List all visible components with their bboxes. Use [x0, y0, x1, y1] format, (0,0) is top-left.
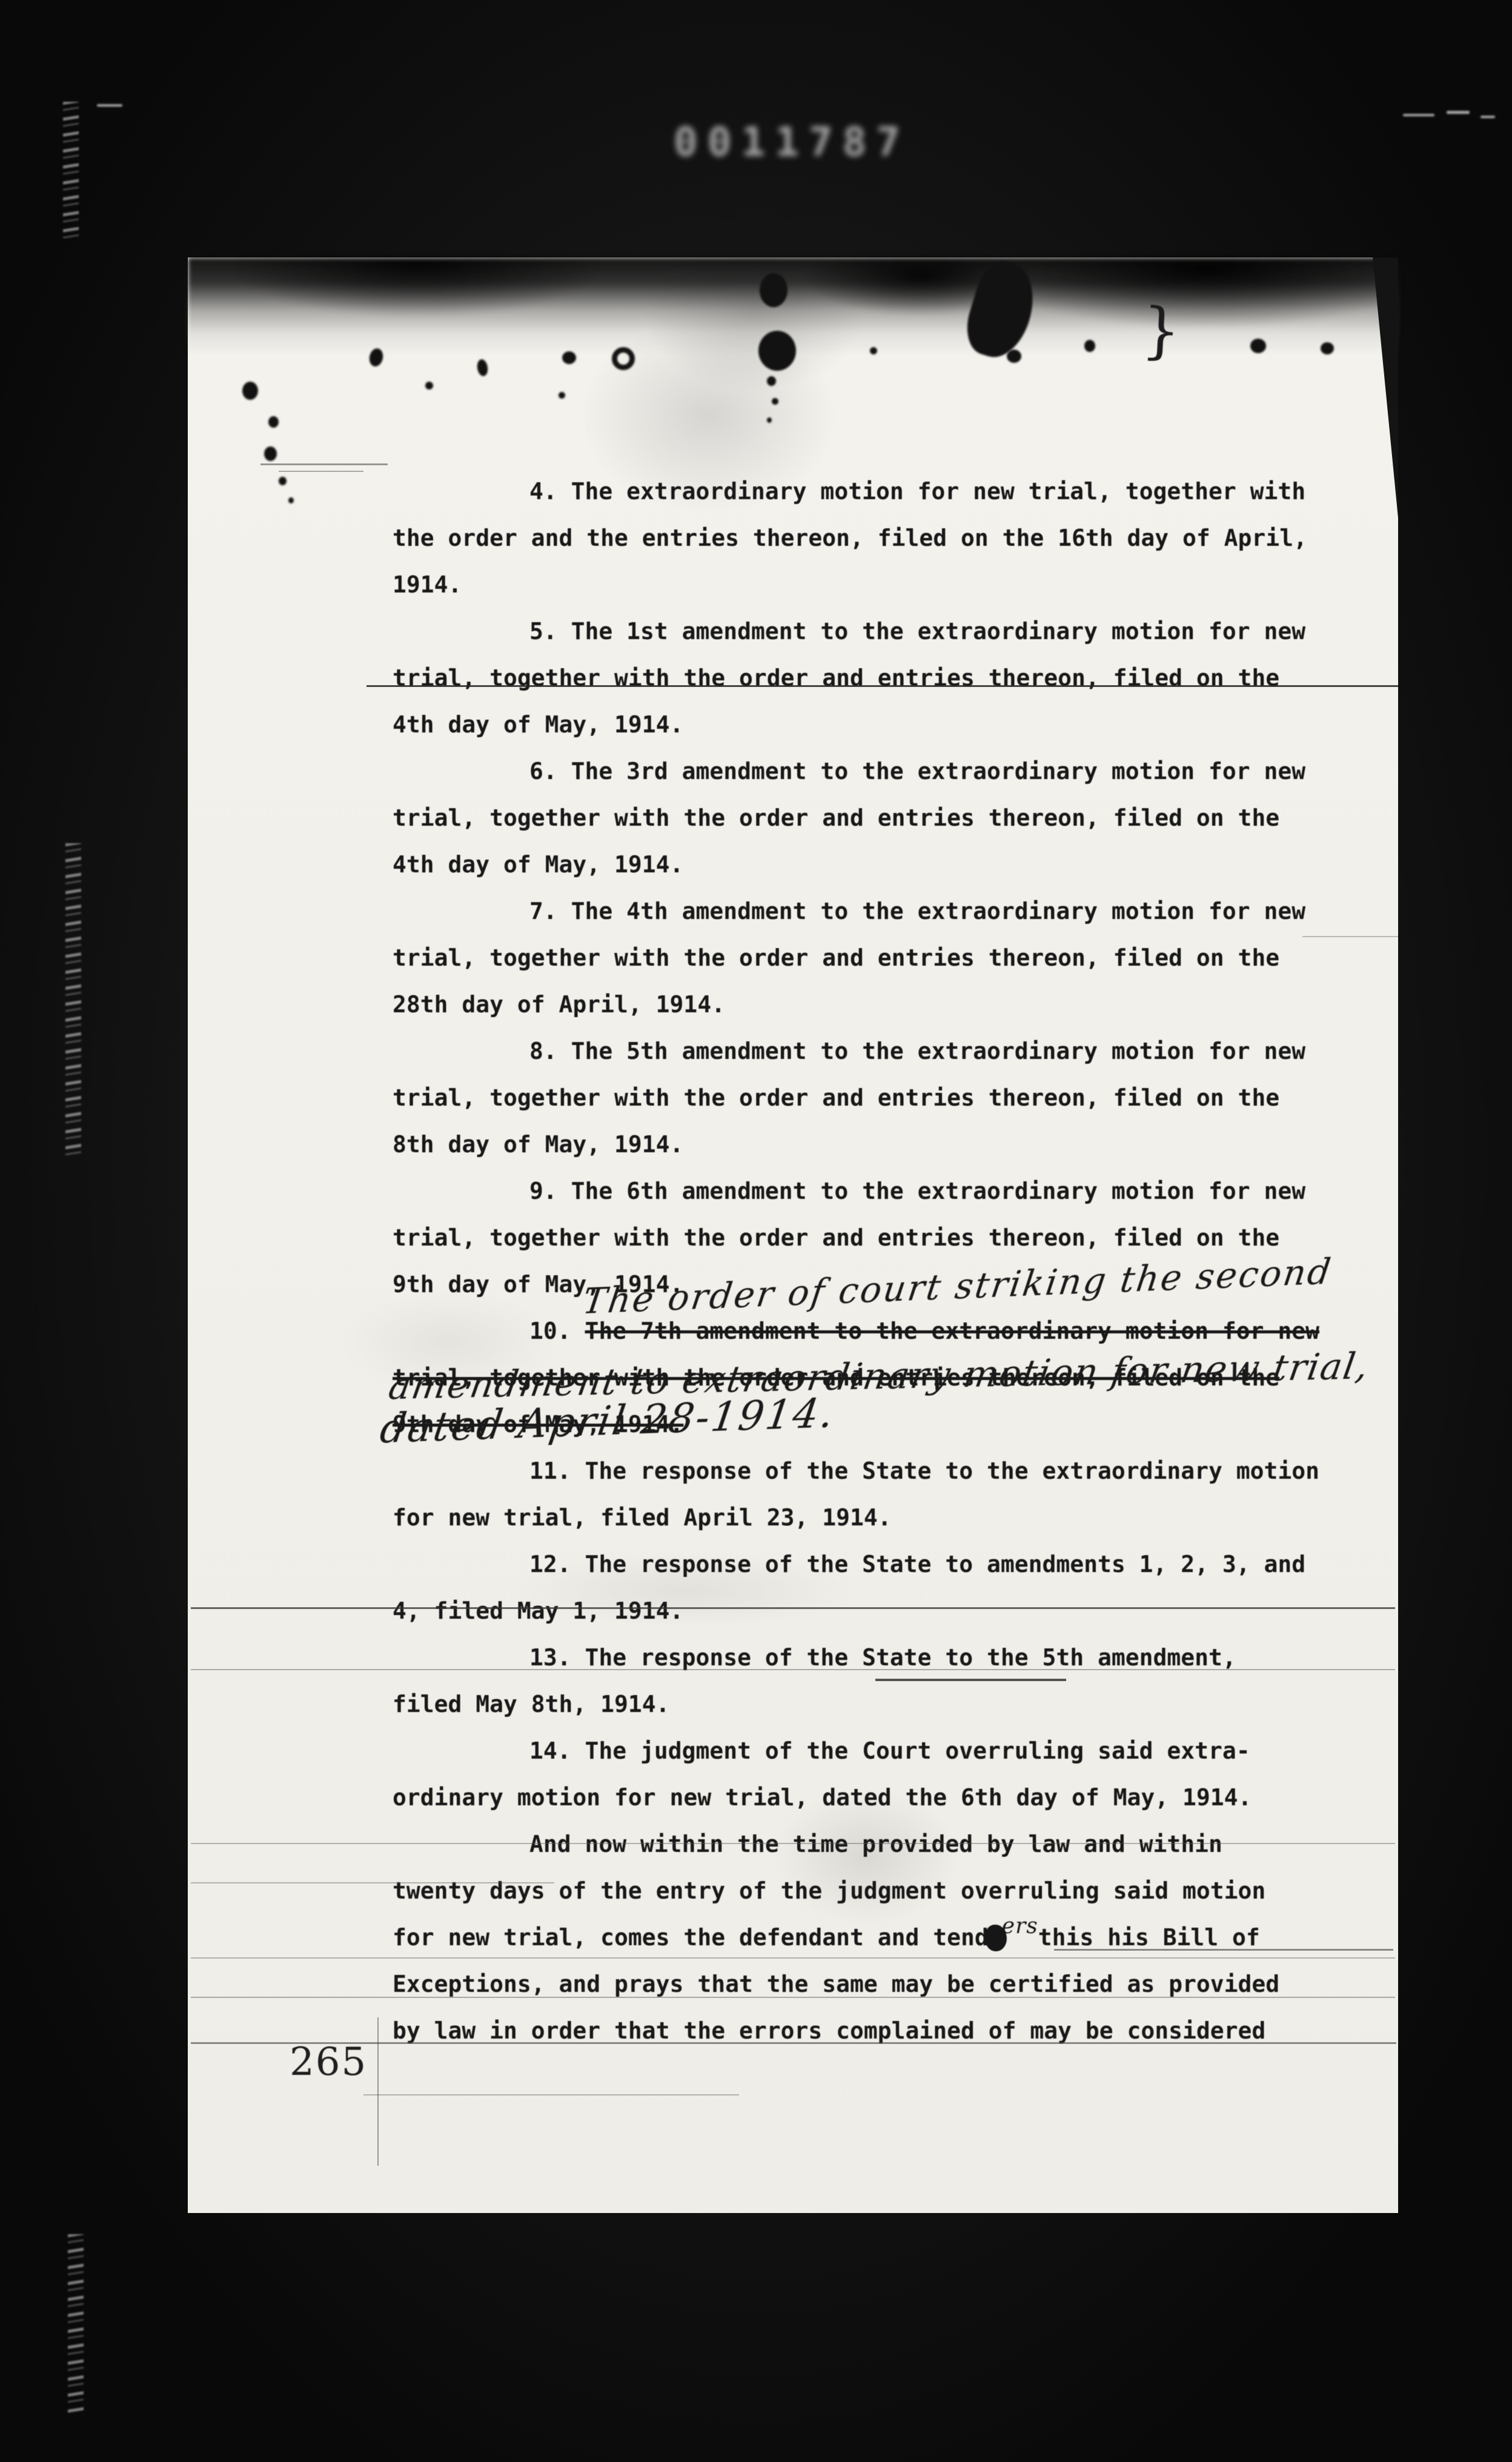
typed-text: 5. The 1st amendment to the extraordinar… [529, 618, 1305, 645]
typed-line: And now within the time provided by law … [393, 1821, 1350, 1868]
typed-text: 11. The response of the State to the ext… [529, 1458, 1319, 1484]
film-scratch [97, 104, 122, 107]
typed-line: 4th day of May, 1914. [393, 702, 1350, 748]
typed-text: 6. The 3rd amendment to the extraordinar… [529, 758, 1305, 785]
typed-text: 7. The 4th amendment to the extraordinar… [529, 898, 1305, 924]
film-scratch [1447, 111, 1470, 114]
typed-line: the order and the entries thereon, filed… [393, 515, 1350, 562]
ink-blot [772, 398, 778, 405]
typed-line: 4. The extraordinary motion for new tria… [393, 468, 1350, 515]
typed-line: for new trial, comes the defendant and t… [393, 1914, 1350, 1961]
typed-text: trial, together with the order and entri… [393, 1084, 1279, 1111]
typed-line: trial, together with the order and entri… [393, 935, 1350, 981]
ink-blot [264, 446, 277, 461]
typed-text: twenty days of the entry of the judgment… [393, 1877, 1265, 1904]
ink-blot [1321, 342, 1334, 354]
typed-text: 4, filed May 1, 1914. [393, 1598, 683, 1624]
ink-blot [242, 382, 258, 400]
typed-text: Exceptions, and prays that the same may … [393, 1971, 1279, 1997]
scan-line [191, 1669, 1395, 1670]
typed-line: 13. The response of the State to the 5th… [393, 1634, 1350, 1681]
typed-line: ordinary motion for new trial, dated the… [393, 1774, 1350, 1821]
scan-line [191, 1607, 1395, 1609]
scan-line [260, 463, 388, 465]
scan-line [1054, 1949, 1393, 1951]
frame-number-stamp: 0011787 [674, 119, 910, 165]
ink-blot [767, 417, 772, 423]
scan-line [191, 1843, 1395, 1844]
typed-line: trial, together with the order and entri… [393, 795, 1350, 841]
typed-line: 12. The response of the State to amendme… [393, 1541, 1350, 1588]
film-scratch [1480, 116, 1495, 118]
ink-blot [1007, 350, 1021, 363]
typed-line: trial, together with the order and entri… [393, 1215, 1350, 1261]
film-scratch [1403, 114, 1434, 116]
typed-line: 14. The judgment of the Court overruling… [393, 1728, 1350, 1774]
typed-line: 9. The 6th amendment to the extraordinar… [393, 1168, 1350, 1215]
typed-line: 4, filed May 1, 1914. [393, 1588, 1350, 1634]
typed-text: 14. The judgment of the Court overruling… [529, 1737, 1250, 1764]
typed-line: by law in order that the errors complain… [393, 2008, 1350, 2054]
typed-text: the order and the entries thereon, filed… [393, 525, 1307, 551]
typed-text: 4th day of May, 1914. [393, 711, 683, 738]
typed-line: 1914. [393, 562, 1350, 608]
scan-line [875, 1679, 1066, 1681]
typed-text: 28th day of April, 1914. [393, 991, 725, 1018]
ink-blot [279, 477, 287, 485]
typed-line: 4th day of May, 1914. [393, 841, 1350, 888]
typed-line: 5. The 1st amendment to the extraordinar… [393, 608, 1350, 655]
ink-blot [562, 351, 576, 364]
ink-blot [760, 273, 787, 307]
item-number: 10. [529, 1318, 585, 1344]
typed-text: 8. The 5th amendment to the extraordinar… [529, 1038, 1305, 1064]
typed-text: 9. The 6th amendment to the extraordinar… [529, 1178, 1305, 1204]
scan-line [366, 685, 1398, 687]
typed-text: 4th day of May, 1914. [393, 851, 683, 878]
typed-text: for new trial, comes the defendant and t… [393, 1924, 989, 1951]
scan-line [191, 1882, 554, 1883]
typed-text: ordinary motion for new trial, dated the… [393, 1784, 1252, 1811]
ink-blot [1084, 340, 1095, 352]
scan-line-vertical [377, 2017, 379, 2166]
scan-line [363, 2094, 739, 2095]
handwritten-correction: ers [1002, 1914, 1038, 1939]
typed-text: trial, together with the order and entri… [393, 1224, 1279, 1251]
typed-text: by law in order that the errors complain… [393, 2017, 1265, 2044]
scan-line [191, 1997, 1395, 1998]
ink-blot [288, 497, 294, 503]
typed-line: 10. The 7th amendment to the extraordina… [393, 1308, 1350, 1355]
ink-blot [425, 382, 433, 390]
typed-line: Exceptions, and prays that the same may … [393, 1961, 1350, 2008]
typed-line: 28th day of April, 1914. [393, 981, 1350, 1028]
typed-text: filed May 8th, 1914. [393, 1691, 670, 1717]
typed-text: 1914. [393, 571, 462, 598]
typed-line: 7. The 4th amendment to the extraordinar… [393, 888, 1350, 935]
page-corner-shadow [1373, 257, 1398, 518]
film-edge-streak [63, 102, 79, 241]
typed-text: 8th day of May, 1914. [393, 1131, 683, 1158]
ink-blot [559, 392, 565, 399]
ink-blot [612, 347, 635, 370]
typed-line: 8th day of May, 1914. [393, 1121, 1350, 1168]
ink-blot [476, 359, 489, 377]
typed-text: And now within the time provided by law … [529, 1831, 1222, 1857]
ink-blot [268, 416, 279, 428]
document-page: } 4. The extraordinary motion for new tr… [188, 257, 1398, 2213]
scan-line [279, 471, 363, 472]
film-edge-streak [68, 2234, 84, 2415]
typed-text: for new trial, filed April 23, 1914. [393, 1504, 892, 1531]
typed-text: The 7th amendment to the extraordinary m… [585, 1318, 1320, 1344]
typed-text: 13. The response of the State to the 5th… [529, 1644, 1236, 1671]
typed-text: trial, together with the order and entri… [393, 944, 1279, 971]
film-edge-streak [65, 843, 81, 1156]
typed-line: 11. The response of the State to the ext… [393, 1448, 1350, 1495]
handwritten-brace: } [1140, 294, 1182, 367]
typed-text: 12. The response of the State to amendme… [529, 1551, 1305, 1578]
ink-blot [767, 376, 776, 386]
scan-line [191, 1957, 1395, 1959]
ink-blot [870, 347, 877, 354]
microfilm-scan: 0011787 } 4. The extraordinary motion fo… [0, 0, 1512, 2462]
typed-line: trial, together with the order and entri… [393, 1075, 1350, 1121]
scan-line [191, 2042, 1396, 2044]
typed-line: twenty days of the entry of the judgment… [393, 1868, 1350, 1914]
scan-line [1302, 936, 1398, 937]
typed-text: trial, together with the order and entri… [393, 805, 1279, 831]
typed-line: 8. The 5th amendment to the extraordinar… [393, 1028, 1350, 1075]
ink-blot [1250, 339, 1266, 353]
ink-blot [758, 331, 796, 371]
typed-line: 6. The 3rd amendment to the extraordinar… [393, 748, 1350, 795]
typed-text: 4. The extraordinary motion for new tria… [529, 478, 1305, 505]
page-number: 265 [290, 2040, 367, 2085]
typed-line: for new trial, filed April 23, 1914. [393, 1495, 1350, 1541]
typed-line: trial, together with the order and entri… [393, 655, 1350, 702]
typed-line: filed May 8th, 1914. [393, 1681, 1350, 1728]
typed-text: this his Bill of [1038, 1924, 1260, 1951]
typed-text: trial, together with the order and entri… [393, 665, 1279, 691]
